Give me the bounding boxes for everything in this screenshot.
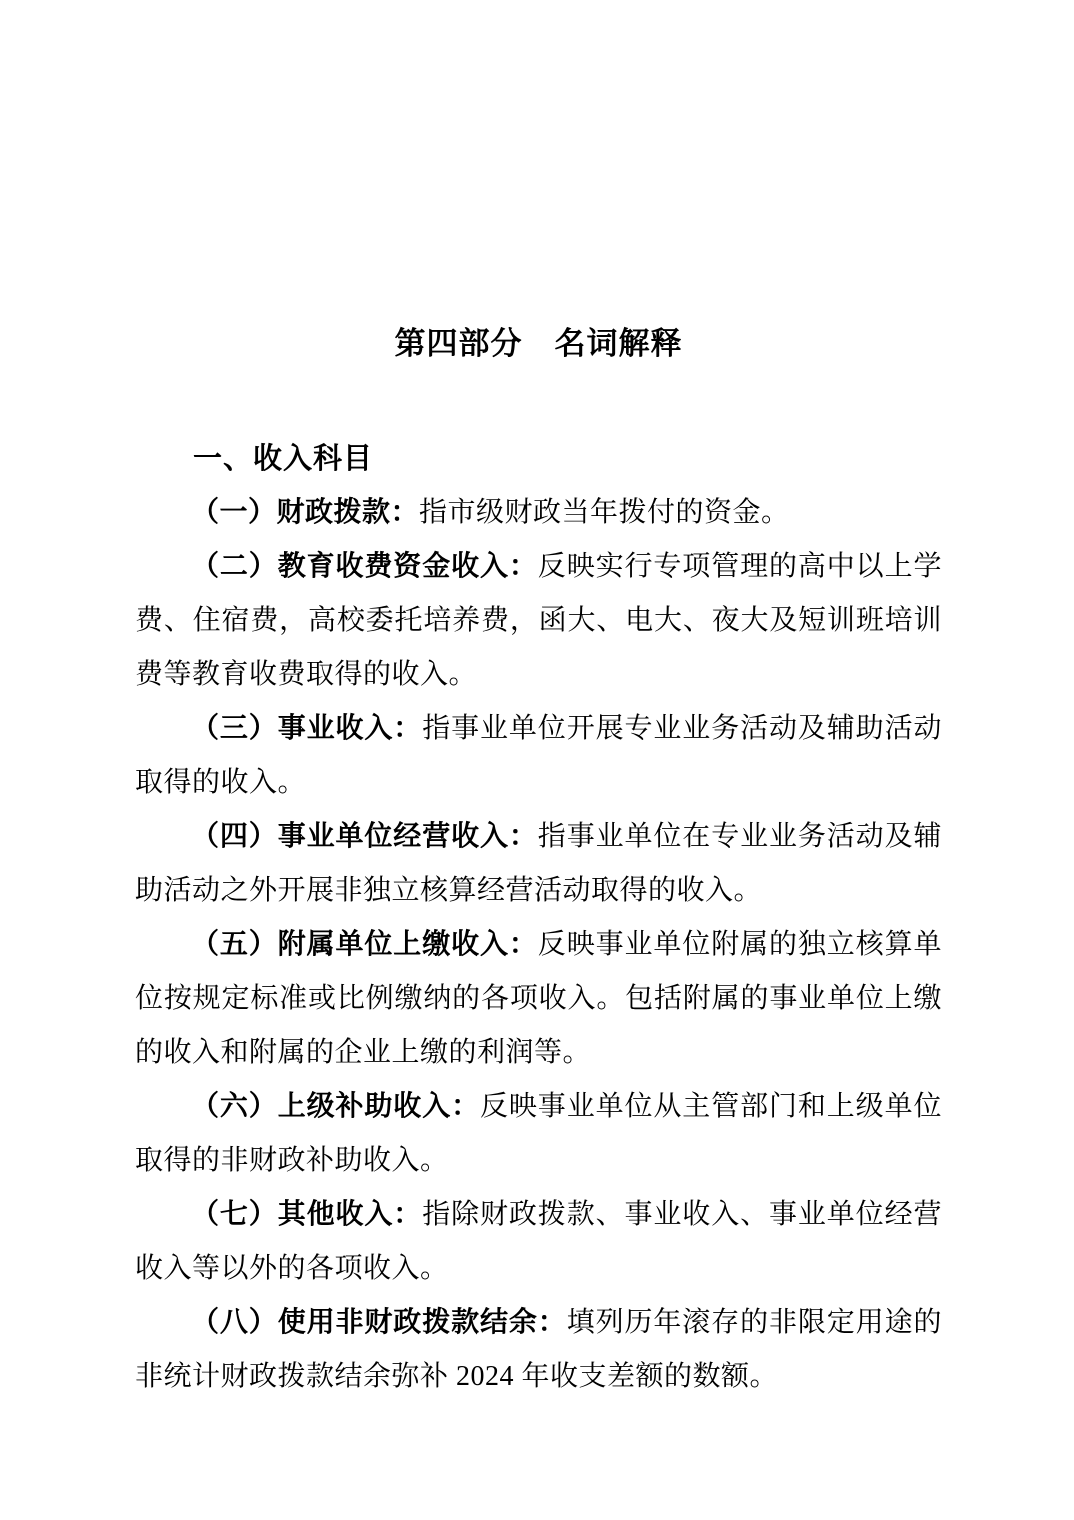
paragraph: （三）事业收入：指事业单位开展专业业务活动及辅助活动取得的收入。 bbox=[135, 702, 942, 810]
term-label: （四）事业单位经营收入： bbox=[191, 821, 538, 852]
term-label: （五）附属单位上缴收入： bbox=[191, 929, 538, 960]
paragraph: （六）上级补助收入：反映事业单位从主管部门和上级单位取得的非财政补助收入。 bbox=[135, 1080, 942, 1188]
term-label: （八）使用非财政拨款结余： bbox=[191, 1307, 567, 1338]
paragraph: （七）其他收入：指除财政拨款、事业收入、事业单位经营收入等以外的各项收入。 bbox=[135, 1188, 942, 1296]
paragraph: （八）使用非财政拨款结余：填列历年滚存的非限定用途的非统计财政拨款结余弥补 20… bbox=[135, 1296, 942, 1404]
term-label: （三）事业收入： bbox=[191, 713, 422, 744]
term-label: （七）其他收入： bbox=[191, 1199, 422, 1230]
paragraph: （五）附属单位上缴收入：反映事业单位附属的独立核算单位按规定标准或比例缴纳的各项… bbox=[135, 918, 942, 1080]
term-label: （六）上级补助收入： bbox=[191, 1091, 480, 1122]
term-label: （二）教育收费资金收入： bbox=[191, 551, 538, 582]
term-label: （一）财政拨款： bbox=[191, 497, 419, 528]
paragraph: （四）事业单位经营收入：指事业单位在专业业务活动及辅助活动之外开展非独立核算经营… bbox=[135, 810, 942, 918]
paragraph: （一）财政拨款：指市级财政当年拨付的资金。 bbox=[135, 486, 942, 540]
page-title: 第四部分 名词解释 bbox=[135, 0, 942, 366]
definition-text: 指市级财政当年拨付的资金。 bbox=[419, 497, 790, 528]
document-page: 第四部分 名词解释 一、收入科目 （一）财政拨款：指市级财政当年拨付的资金。 （… bbox=[0, 0, 1074, 1520]
paragraph: （二）教育收费资金收入：反映实行专项管理的高中以上学费、住宿费，高校委托培养费，… bbox=[135, 540, 942, 702]
section-heading: 一、收入科目 bbox=[135, 432, 942, 486]
